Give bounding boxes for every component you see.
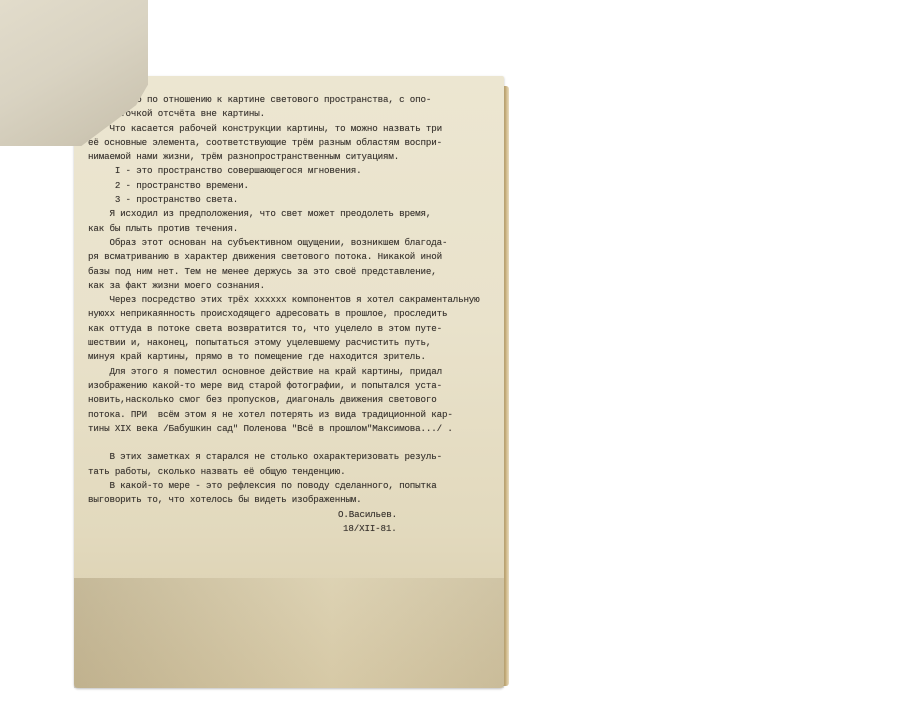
text-line: 3 - пространство света. xyxy=(88,193,488,207)
text-line: Что касается рабочей конструкции картины… xyxy=(88,122,488,136)
closing-paragraphs: В этих заметках я старался не столько ох… xyxy=(88,450,488,507)
text-line: базы под ним нет. Тем не менее держусь з… xyxy=(88,265,488,279)
body-paragraphs: ками много по отношению к картине светов… xyxy=(88,93,488,436)
text-line: Через посредство этих трёх хххххх компон… xyxy=(88,293,488,307)
text-line: Образ этот основан на субъективном ощуще… xyxy=(88,236,488,250)
text-line: новить,насколько смог без пропусков, диа… xyxy=(88,393,488,407)
text-line: В этих заметках я старался не столько ох… xyxy=(88,450,488,464)
text-line: рой и точкой отсчёта вне картины. xyxy=(88,107,488,121)
text-line: ря всматриванию в характер движения свет… xyxy=(88,250,488,264)
paragraph-gap xyxy=(88,436,488,450)
text-line: I - это пространство совершающегося мгно… xyxy=(88,164,488,178)
signature-name: О.Васильев. xyxy=(88,508,488,522)
text-line: Для этого я поместил основное действие н… xyxy=(88,365,488,379)
typewritten-text: ками много по отношению к картине светов… xyxy=(88,93,488,536)
text-line: ками много по отношению к картине светов… xyxy=(88,93,488,107)
text-line: В какой-то мере - это рефлексия по повод… xyxy=(88,479,488,493)
text-line: шествии и, наконец, попытаться этому уце… xyxy=(88,336,488,350)
text-line: 2 - пространство времени. xyxy=(88,179,488,193)
text-line: её основные элемента, соответствующие тр… xyxy=(88,136,488,150)
text-line: как за факт жизни моего сознания. xyxy=(88,279,488,293)
text-line: нуюхх неприкаянность происходящего адрес… xyxy=(88,307,488,321)
text-line: потока. ПРИ всём этом я не хотел потерят… xyxy=(88,408,488,422)
text-line: тины XIX века /Бабушкин сад" Поленова "В… xyxy=(88,422,488,436)
text-line: выговорить то, что хотелось бы видеть из… xyxy=(88,493,488,507)
text-line: Я исходил из предположения, что свет мож… xyxy=(88,207,488,221)
signature-date: 18/XII-81. xyxy=(88,522,488,536)
text-line: нимаемой нами жизни, трём разнопространс… xyxy=(88,150,488,164)
text-line: тать работы, сколько назвать её общую те… xyxy=(88,465,488,479)
text-line: минуя край картины, прямо в то помещение… xyxy=(88,350,488,364)
text-line: изображению какой-то мере вид старой фот… xyxy=(88,379,488,393)
text-line: как оттуда в потоке света возвратится то… xyxy=(88,322,488,336)
text-line: как бы плыть против течения. xyxy=(88,222,488,236)
